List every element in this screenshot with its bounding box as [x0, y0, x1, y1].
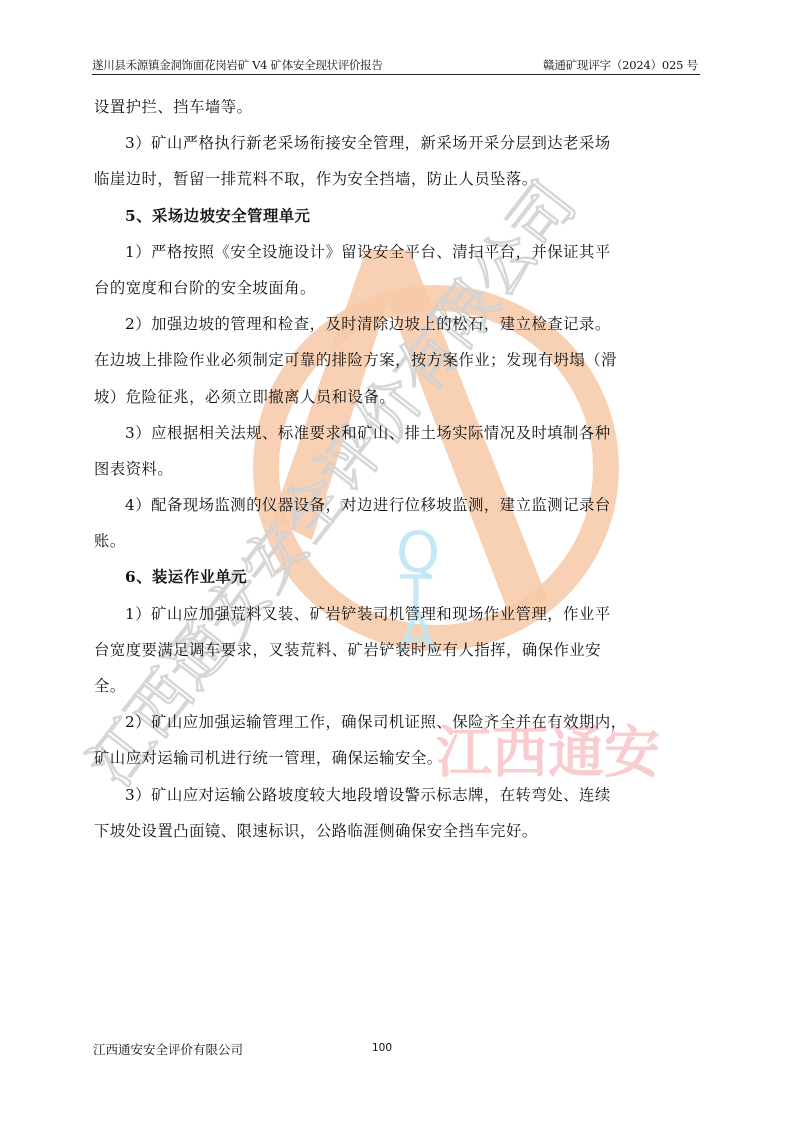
body-text-line: 台宽度要满足调车要求，叉装荒料、矿岩铲装时应有人指挥，确保作业安: [94, 632, 702, 668]
body-text-line: 2）矿山应加强运输管理工作，确保司机证照、保险齐全并在有效期内，: [94, 704, 702, 740]
body-text-line: 账。: [94, 523, 702, 559]
section-heading: 5、采场边坡安全管理单元: [94, 198, 702, 234]
body-text-line: 下坡处设置凸面镜、限速标识，公路临涯侧确保安全挡车完好。: [94, 813, 702, 849]
body-text-line: 台的宽度和台阶的安全坡面角。: [94, 270, 702, 306]
body-text-line: 设置护拦、挡车墙等。: [94, 89, 702, 125]
body-text-line: 1）严格按照《安全设施设计》留设安全平台、清扫平台，并保证其平: [94, 234, 702, 270]
body-text-line: 3）矿山应对运输公路坡度较大地段增设警示标志牌，在转弯处、连续: [94, 777, 702, 813]
section-heading: 6、装运作业单元: [94, 559, 702, 595]
body-text-line: 4）配备现场监测的仪器设备，对边进行位移坡监测，建立监测记录台: [94, 487, 702, 523]
document-body: 设置护拦、挡车墙等。3）矿山严格执行新老采场衔接安全管理，新采场开采分层到达老采…: [94, 89, 702, 849]
body-text-line: 坡）危险征兆，必须立即撤离人员和设备。: [94, 379, 702, 415]
footer-company: 江西通安安全评价有限公司: [93, 1040, 243, 1058]
report-title: 遂川县禾源镇金洞饰面花岗岩矿 V4 矿体安全现状评价报告: [92, 57, 383, 73]
body-text-line: 3）应根据相关法规、标准要求和矿山、排土场实际情况及时填制各种: [94, 415, 702, 451]
body-text-line: 临崖边时，暂留一排荒料不取，作为安全挡墙，防止人员坠落。: [94, 161, 702, 197]
document-number: 赣通矿现评字（2024）025 号: [543, 57, 698, 73]
body-text-line: 图表资料。: [94, 451, 702, 487]
body-text-line: 3）矿山严格执行新老采场衔接安全管理，新采场开采分层到达老采场: [94, 125, 702, 161]
page-header: 遂川县禾源镇金洞饰面花岗岩矿 V4 矿体安全现状评价报告 赣通矿现评字（2024…: [92, 54, 700, 75]
body-text-line: 1）矿山应加强荒料叉装、矿岩铲装司机管理和现场作业管理，作业平: [94, 596, 702, 632]
body-text-line: 2）加强边坡的管理和检查，及时清除边坡上的松石，建立检查记录。: [94, 306, 702, 342]
body-text-line: 全。: [94, 668, 702, 704]
body-text-line: 矿山应对运输司机进行统一管理，确保运输安全。: [94, 740, 702, 776]
body-text-line: 在边坡上排险作业必须制定可靠的排险方案，按方案作业；发现有坍塌（滑: [94, 342, 702, 378]
page-number: 100: [372, 1042, 392, 1054]
